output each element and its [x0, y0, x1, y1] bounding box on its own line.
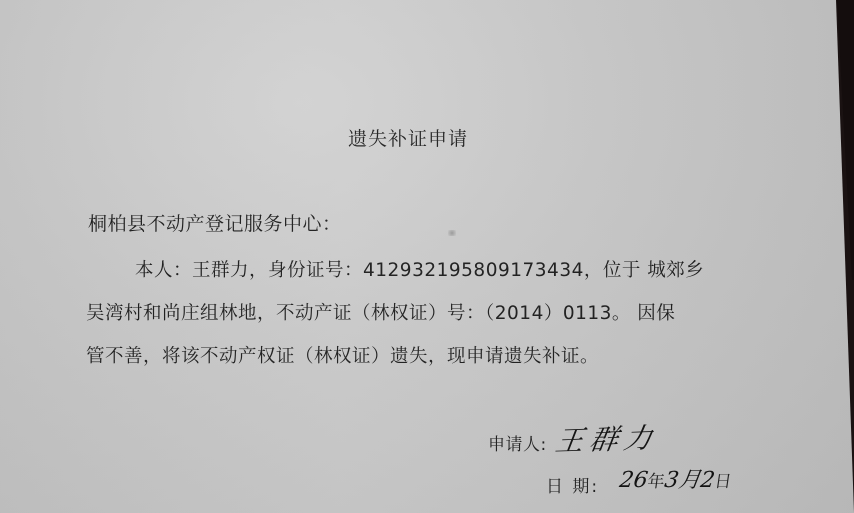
paper-smudge	[448, 230, 456, 236]
applicant-label: 申请人:	[488, 430, 547, 455]
date-month-day: 3月2	[663, 468, 717, 493]
body-line-3: 管不善，将该不动产权证（林权证）遗失，现申请遗失补证。	[86, 342, 599, 368]
date-label: 日 期:	[546, 472, 599, 497]
addressee: 桐柏县不动产登记服务中心：	[88, 209, 342, 236]
body-line-1: 本人：王群力，身份证号：412932195809173434，位于 城郊乡	[135, 256, 704, 282]
photo-stage: 遗失补证申请 桐柏县不动产登记服务中心： 本人：王群力，身份证号：4129321…	[0, 0, 854, 513]
date-handwritten: 26年3月2日	[618, 463, 734, 494]
applicant-signature: 王群力	[553, 416, 661, 460]
date-day-unit: 日	[713, 472, 733, 492]
body-line-2: 吴湾村和尚庄组林地，不动产证（林权证）号：（2014）0113。 因保	[86, 299, 675, 325]
date-year: 26	[618, 468, 650, 493]
document-title: 遗失补证申请	[348, 124, 468, 151]
paper-sheet: 遗失补证申请 桐柏县不动产登记服务中心： 本人：王群力，身份证号：4129321…	[0, 0, 854, 513]
